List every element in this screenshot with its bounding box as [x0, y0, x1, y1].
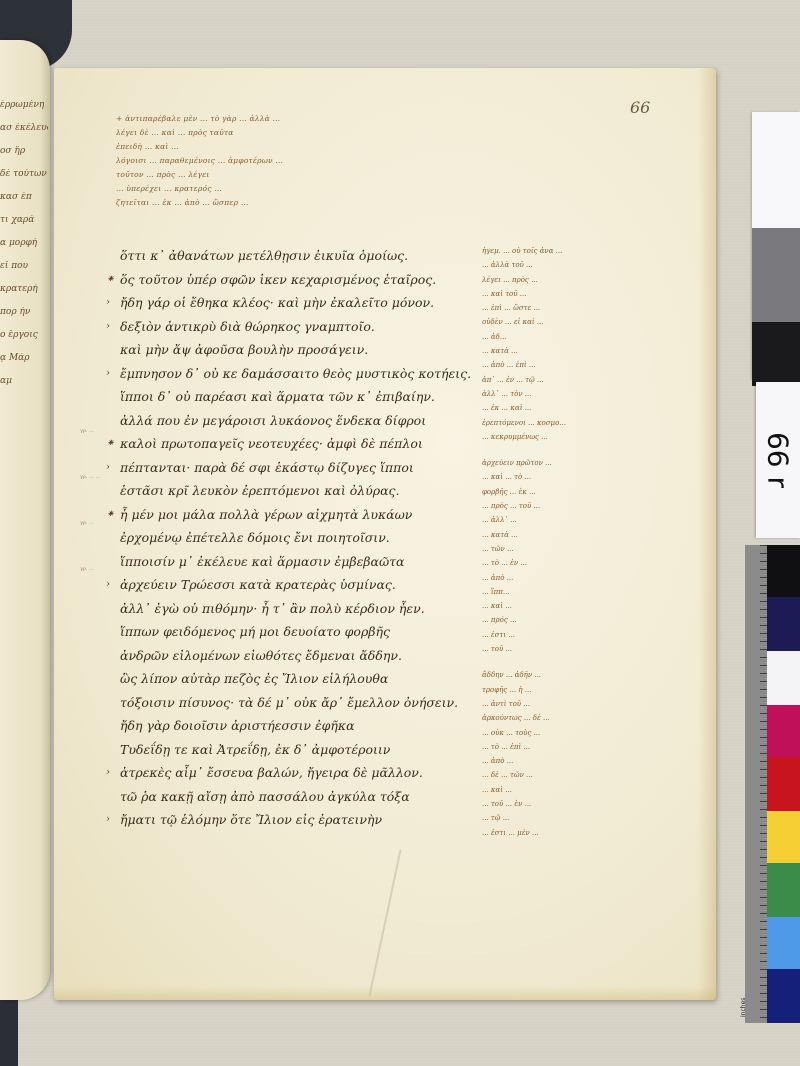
scholia-line: ... καὶ ... τὸ ...: [482, 470, 692, 484]
verse-line: ἀλλ᾽ ἐγὼ οὐ πιθόμην· ἦ τ᾽ ἂν πολὺ κέρδιο…: [120, 597, 490, 621]
scholia-line: φορβῆς ... ἐκ ...: [482, 485, 692, 499]
scholia-line: ... καὶ ...: [482, 599, 692, 613]
verse-text: καὶ μὴν ἄψ ἀφοῦσα βουλὴν προσάγειν.: [120, 342, 368, 357]
margin-note: γρ. ... ...: [80, 474, 118, 480]
verse-text: καλοὶ πρωτοπαγεῖς νεοτευχέες· ἀμφὶ δὲ πέ…: [120, 436, 423, 451]
verse-line: ἵπποι δ᾽ οὐ παρέασι καὶ ἅρματα τῶν κ᾽ ἐπ…: [120, 385, 490, 409]
verse-marker-icon: ›: [106, 456, 110, 480]
verse-marker-icon: ⁕: [106, 268, 114, 292]
verse-marker-icon: ›: [106, 315, 110, 339]
scholia-line: ἐπειδὴ ... καὶ ...: [116, 140, 696, 154]
color-patch-magenta: [767, 705, 800, 757]
scholia-line: ... καὶ τοῦ ...: [482, 287, 692, 301]
verse-line: ›ἤματι τῷ ἑλόμην ὅτε Ἴλιον εἰς ἐρατεινὴν: [120, 808, 490, 832]
scholia-line: ... ἐστι ...: [482, 628, 692, 642]
verse-line: ἵπποισίν μ᾽ ἐκέλευε καὶ ἅρμασιν ἐμβεβαῶτ…: [120, 550, 490, 574]
verse-text: ἔμπνησον δ᾽ οὐ κε δαμάσσαιτο θεὸς μυστικ…: [120, 366, 471, 381]
scholia-line: λόγοισι ... παραθεμένοις ... ἀμφοτέρων .…: [116, 154, 696, 168]
color-calibration-bar: [767, 545, 800, 1023]
color-patch-cyan-blue: [767, 917, 800, 969]
verse-marker-icon: ⁕: [106, 503, 114, 527]
ruler-unit-label: inches: [740, 998, 747, 1017]
verse-text: ἀνδρῶν εἰλομένων εἰωθότες ἔδμεναι ἄδδην.: [120, 648, 402, 663]
verse-text: ἤδη γὰρ δοιοῖσιν ἀριστήεσσιν ἐφῆκα: [120, 718, 355, 733]
scholia-line: ... καὶ ...: [482, 783, 692, 797]
scholia-line: ἀρχεύειν πρῶτον ...: [482, 456, 692, 470]
verse-line: ›ἀτρεκὲς αἷμ᾽ ἔσσευα βαλών, ἤγειρα δὲ μᾶ…: [120, 761, 490, 785]
verse-line: ἵππων φειδόμενος μή μοι δευοίατο φορβῆς: [120, 620, 490, 644]
scholia-line: ... ἵππ...: [482, 585, 692, 599]
scholia-line: ἀρκούντως ... δέ ...: [482, 711, 692, 725]
scholia-line: ... τοῦ ...: [482, 642, 692, 656]
verse-marker-icon: ⁕: [106, 432, 114, 456]
scholia-line: ... ἐστι ... μὲν ...: [482, 826, 692, 840]
scholia-line: λέγει ... πρὸς ...: [482, 273, 692, 287]
color-patch-white: [767, 651, 800, 705]
verse-text: ἵπποισίν μ᾽ ἐκέλευε καὶ ἅρμασιν ἐμβεβαῶτ…: [120, 554, 405, 569]
verse-line: τῶ ῥα κακῇ αἴσῃ ἀπὸ πασσάλου ἀγκύλα τόξα: [120, 785, 490, 809]
previous-leaf-line: ο ἔργοις: [0, 330, 48, 353]
previous-leaf-line: κασ ἐπ: [0, 192, 48, 215]
verse-text: τῶ ῥα κακῇ αἴσῃ ἀπὸ πασσάλου ἀγκύλα τόξα: [120, 789, 410, 804]
previous-leaf-line: κρατερή: [0, 284, 48, 307]
previous-leaf: ἐρρωμένηασ ἐκέλευσενοσ ἥρδὲ τούτωνκασ ἐπ…: [0, 40, 50, 1000]
verse-line: ὣς λίπον αὐτὰρ πεζὸς ἐς Ἴλιον εἰλήλουθα: [120, 667, 490, 691]
scholia-line: ἄδδην ... ἀδῆν ...: [482, 668, 692, 682]
gray-patch-mid-gray: [752, 228, 800, 322]
scholia-line: ἐρεπτόμενοι ... κοσμο...: [482, 416, 692, 430]
previous-leaf-line: οσ ἥρ: [0, 146, 48, 169]
scholia-line: ... ἐπὶ ... ὥστε ...: [482, 301, 692, 315]
previous-leaf-line: ἐρρωμένη: [0, 100, 48, 123]
verse-line: ἀλλά που ἐν μεγάροισι λυκάονος ἕνδεκα δί…: [120, 409, 490, 433]
scholia-line: ... ἀπὸ ... ἐπὶ ...: [482, 358, 692, 372]
scholia-line: ... κατὰ ...: [482, 528, 692, 542]
gray-patch-black: [752, 322, 800, 386]
verse-text: πέπτανται· παρὰ δέ σφι ἑκάστῳ δίζυγες ἵπ…: [120, 460, 414, 475]
scholia-line: ... τῷ ...: [482, 811, 692, 825]
verse-line: τόξοισιν πίσυνος· τὰ δέ μ᾽ οὐκ ἄρ᾽ ἔμελλ…: [120, 691, 490, 715]
verse-marker-icon: ›: [106, 808, 110, 832]
top-scholia: + ἀντιπαρέβαλε μὲν ... τὸ γὰρ ... ἀλλὰ .…: [116, 112, 696, 210]
scholia-line: ... ἀπὸ ...: [482, 754, 692, 768]
scholia-line: λέγει δὲ ... καὶ ... πρὸς ταῦτα: [116, 126, 696, 140]
color-patch-green: [767, 863, 800, 917]
verse-text: ἵππων φειδόμενος μή μοι δευοίατο φορβῆς: [120, 624, 390, 639]
scholia-gap: [482, 656, 692, 668]
verse-marker-icon: ›: [106, 761, 110, 785]
scholia-line: ... δὲ ... τῶν ...: [482, 768, 692, 782]
scholia-line: ... τὸ ... ἐπὶ ...: [482, 740, 692, 754]
verse-line: ἐρχομένῳ ἐπέτελλε δόμοις ἔνι ποιητοῖσιν.: [120, 526, 490, 550]
verse-marker-icon: ›: [106, 362, 110, 386]
previous-leaf-line: εἴ που: [0, 261, 48, 284]
scholia-line: ... ἀντὶ τοῦ ...: [482, 697, 692, 711]
color-patch-dark-blue: [767, 969, 800, 1023]
verse-text: ἤματι τῷ ἑλόμην ὅτε Ἴλιον εἰς ἐρατεινὴν: [120, 812, 382, 827]
scholia-line: ... τοῦ ... ἐν ...: [482, 797, 692, 811]
verse-line: ›πέπτανται· παρὰ δέ σφι ἑκάστῳ δίζυγες ἵ…: [120, 456, 490, 480]
verse-line: καὶ μὴν ἄψ ἀφοῦσα βουλὴν προσάγειν.: [120, 338, 490, 362]
verse-text: ἀλλά που ἐν μεγάροισι λυκάονος ἕνδεκα δί…: [120, 413, 426, 428]
verse-text: ἐρχομένῳ ἐπέτελλε δόμοις ἔνι ποιητοῖσιν.: [120, 530, 390, 545]
previous-leaf-line: α μορφή: [0, 238, 48, 261]
margin-note: γρ. ...: [80, 566, 118, 572]
verse-line: ὅττι κ᾽ ἀθανάτων μετέλθῃσιν ἐικυῖα ὁμοίω…: [120, 244, 490, 268]
scholia-line: ... ἀλλ᾽ ...: [482, 513, 692, 527]
folio-label: 66 r: [762, 432, 795, 488]
verse-marker-icon: ›: [106, 573, 110, 597]
parchment-crease: [368, 849, 401, 996]
scholia-line: τροφῆς ... ἡ ...: [482, 683, 692, 697]
previous-leaf-line: ᾳ Μάρ: [0, 353, 48, 376]
manuscript-folio: 66 + ἀντιπαρέβαλε μὲν ... τὸ γὰρ ... ἀλλ…: [54, 68, 716, 1000]
verse-line: ›ἤδη γάρ οἱ ἔθηκα κλέος· καὶ μὴν ἐκαλεῖτ…: [120, 291, 490, 315]
verse-text: Τυδεΐδῃ τε καὶ Ἀτρεΐδῃ, ἐκ δ᾽ ἀμφοτέροιι…: [120, 742, 390, 757]
verse-line: ›ἔμπνησον δ᾽ οὐ κε δαμάσσαιτο θεὸς μυστι…: [120, 362, 490, 386]
scholia-line: ... ἀλλὰ τοῦ ...: [482, 258, 692, 272]
measurement-ruler: inches: [745, 545, 767, 1023]
scholia-line: ζητεῖται ... ἐκ ... ἀπὸ ... ὥσπερ ...: [116, 196, 696, 210]
scholia-line: οὐδὲν ... εἰ καὶ ...: [482, 315, 692, 329]
folio-edge-right: [698, 68, 716, 1000]
scholia-line: ... κατὰ ...: [482, 344, 692, 358]
scholia-line: + ἀντιπαρέβαλε μὲν ... τὸ γὰρ ... ἀλλὰ .…: [116, 112, 696, 126]
scholia-line: ... τῶν ...: [482, 542, 692, 556]
scholia-line: ἀπ᾽ ... ἐν ... τῷ ...: [482, 373, 692, 387]
scholia-line: ... κεκρυμμένως ...: [482, 430, 692, 444]
verse-text: ἀρχεύειν Τρώεσσι κατὰ κρατερὰς ὑσμίνας.: [120, 577, 396, 592]
verse-text: ἵπποι δ᾽ οὐ παρέασι καὶ ἅρματα τῶν κ᾽ ἐπ…: [120, 389, 435, 404]
verse-text: ἦ μέν μοι μάλα πολλὰ γέρων αἰχμητὰ λυκάω…: [120, 507, 412, 522]
main-verse-text: ὅττι κ᾽ ἀθανάτων μετέλθῃσιν ἐικυῖα ὁμοίω…: [120, 244, 490, 832]
verse-text: ὣς λίπον αὐτὰρ πεζὸς ἐς Ἴλιον εἰλήλουθα: [120, 671, 388, 686]
color-patch-navy: [767, 597, 800, 651]
color-patch-red: [767, 757, 800, 811]
verse-text: τόξοισιν πίσυνος· τὰ δέ μ᾽ οὐκ ἄρ᾽ ἔμελλ…: [120, 695, 458, 710]
scholia-line: τοῦτον ... πρὸς ... λέγει: [116, 168, 696, 182]
folio-label-tab: 66 r: [756, 382, 800, 538]
verse-text: ἤδη γάρ οἱ ἔθηκα κλέος· καὶ μὴν ἐκαλεῖτο…: [120, 295, 434, 310]
scholia-line: ... ἀπὸ ...: [482, 571, 692, 585]
ruler-ticks: [760, 545, 767, 1023]
scholia-line: ἀλλ᾽ ... τὸν ...: [482, 387, 692, 401]
verse-line: ἑστᾶσι κρῖ λευκὸν ἐρεπτόμενοι καὶ ὀλύρας…: [120, 479, 490, 503]
dark-binding-edge: [0, 990, 18, 1066]
right-scholia: ἡγεμ. ... οὐ τοῖς ἀνα ...... ἀλλὰ τοῦ ..…: [482, 244, 692, 840]
scholia-line: ... πρός ...: [482, 613, 692, 627]
verse-line: ἀνδρῶν εἰλομένων εἰωθότες ἔδμεναι ἄδδην.: [120, 644, 490, 668]
scholia-line: ἡγεμ. ... οὐ τοῖς ἀνα ...: [482, 244, 692, 258]
verse-text: δεξιὸν ἀντικρὺ διὰ θώρηκος γναμπτοῖο.: [120, 319, 375, 334]
scholia-gap: [482, 444, 692, 456]
gray-patch-white: [752, 112, 800, 228]
scholia-line: ... ὑπερέχει ... κρατερός ...: [116, 182, 696, 196]
scholia-line: ... πρὸς ... τοῦ ...: [482, 499, 692, 513]
verse-marker-icon: ›: [106, 291, 110, 315]
color-patch-yellow: [767, 811, 800, 863]
verse-line: ⁕καλοὶ πρωτοπαγεῖς νεοτευχέες· ἀμφὶ δὲ π…: [120, 432, 490, 456]
verse-text: ἀτρεκὲς αἷμ᾽ ἔσσευα βαλών, ἤγειρα δὲ μᾶλ…: [120, 765, 423, 780]
verse-line: ἤδη γὰρ δοιοῖσιν ἀριστήεσσιν ἐφῆκα: [120, 714, 490, 738]
scholia-line: ... οὐκ ... τοὺς ...: [482, 726, 692, 740]
verse-text: ἑστᾶσι κρῖ λευκὸν ἐρεπτόμενοι καὶ ὀλύρας…: [120, 483, 400, 498]
verse-line: Τυδεΐδῃ τε καὶ Ἀτρεΐδῃ, ἐκ δ᾽ ἀμφοτέροιι…: [120, 738, 490, 762]
verse-line: ⁕ἦ μέν μοι μάλα πολλὰ γέρων αἰχμητὰ λυκά…: [120, 503, 490, 527]
previous-leaf-line: ασ ἐκέλευσεν: [0, 123, 48, 146]
scholia-line: ... ἐκ ... καὶ ...: [482, 401, 692, 415]
verse-text: ὅς τοῦτον ὑπέρ σφῶν ἱκεν κεχαρισμένος ἑτ…: [120, 272, 436, 287]
scholia-line: ... τὸ ... ἐν ...: [482, 556, 692, 570]
folio-edge-bottom: [54, 986, 716, 1000]
verse-text: ἀλλ᾽ ἐγὼ οὐ πιθόμην· ἦ τ᾽ ἂν πολὺ κέρδιο…: [120, 601, 425, 616]
previous-leaf-text: ἐρρωμένηασ ἐκέλευσενοσ ἥρδὲ τούτωνκασ ἐπ…: [0, 100, 48, 399]
scholia-line: ... ἀδ...: [482, 330, 692, 344]
previous-leaf-line: τι χαρά: [0, 215, 48, 238]
previous-leaf-line: δὲ τούτων: [0, 169, 48, 192]
color-patch-black: [767, 545, 800, 597]
verse-text: ὅττι κ᾽ ἀθανάτων μετέλθῃσιν ἐικυῖα ὁμοίω…: [120, 248, 408, 263]
verse-line: ›ἀρχεύειν Τρώεσσι κατὰ κρατερὰς ὑσμίνας.: [120, 573, 490, 597]
verse-line: ›δεξιὸν ἀντικρὺ διὰ θώρηκος γναμπτοῖο.: [120, 315, 490, 339]
previous-leaf-line: πορ ήν: [0, 307, 48, 330]
gray-calibration-card: [752, 112, 800, 380]
previous-leaf-line: αμ: [0, 376, 48, 399]
verse-line: ⁕ὅς τοῦτον ὑπέρ σφῶν ἱκεν κεχαρισμένος ἑ…: [120, 268, 490, 292]
